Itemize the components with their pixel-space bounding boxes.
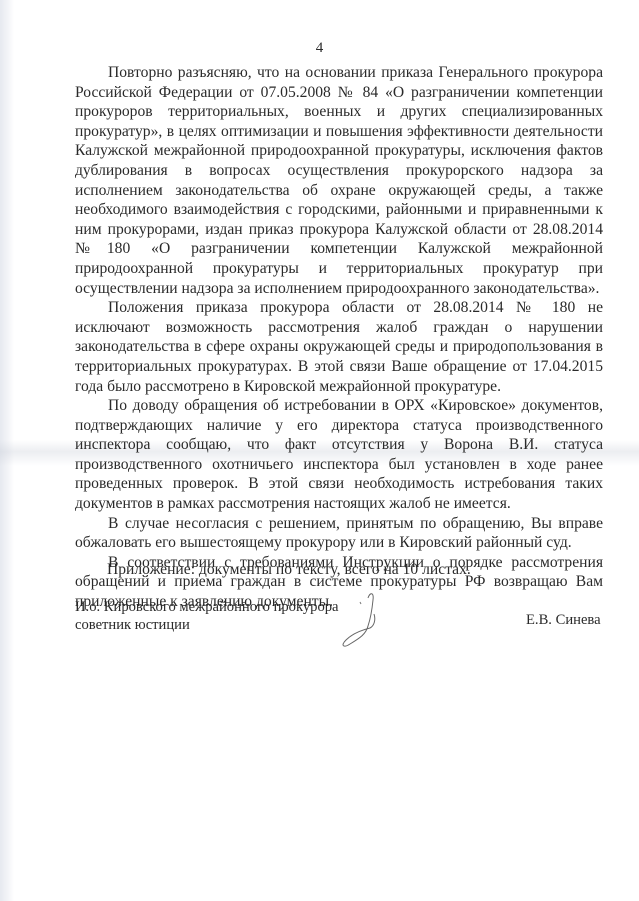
signatory-title: И.о. Кировского межрайонного прокурора с…	[75, 598, 339, 634]
paragraph-documents-request: По доводу обращения об истребовании в ОР…	[75, 396, 603, 514]
attachment-note: Приложение: документы по тексту, всего н…	[107, 561, 471, 579]
paragraph-order-provisions: Положения приказа прокурора области от 2…	[75, 298, 603, 396]
letter-body: Повторно разъясняю, что на основании при…	[75, 63, 603, 612]
paragraph-order-explanation: Повторно разъясняю, что на основании при…	[75, 63, 603, 298]
handwritten-signature-icon	[330, 590, 410, 650]
page-number: 4	[0, 40, 639, 57]
signatory-name: Е.В. Синева	[526, 612, 601, 629]
signatory-rank: советник юстиции	[75, 616, 339, 634]
signatory-position: И.о. Кировского межрайонного прокурора	[75, 598, 339, 616]
paragraph-appeal-right: В случае несогласия с решением, принятым…	[75, 514, 603, 553]
